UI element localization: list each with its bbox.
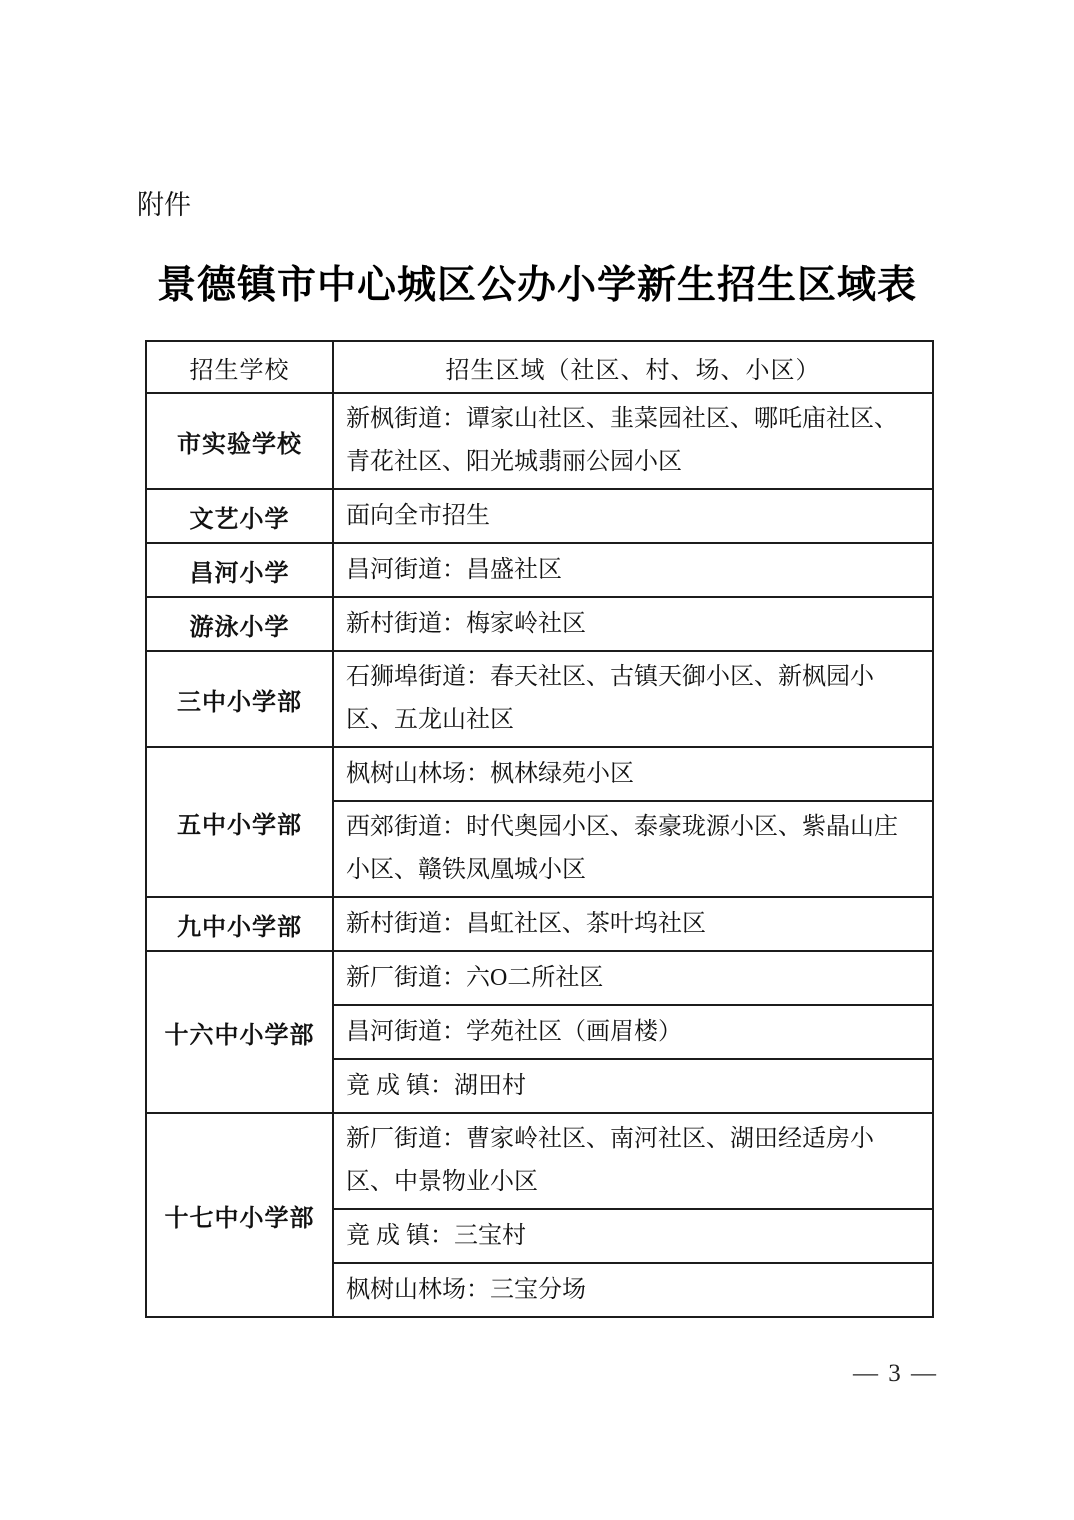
table-row: 五中小学部 枫树山林场：枫林绿苑小区 <box>146 747 933 801</box>
enrollment-area-table: 招生学校 招生区域（社区、村、场、小区） 市实验学校 新枫街道：谭家山社区、韭菜… <box>145 340 934 1318</box>
school-cell: 市实验学校 <box>146 393 333 489</box>
area-cell: 枫树山林场：三宝分场 <box>333 1263 933 1317</box>
area-cell: 新厂街道：曹家岭社区、南河社区、湖田经适房小区、中景物业小区 <box>333 1113 933 1209</box>
school-cell: 文艺小学 <box>146 489 333 543</box>
area-cell: 新枫街道：谭家山社区、韭菜园社区、哪吒庙社区、青花社区、阳光城翡丽公园小区 <box>333 393 933 489</box>
school-cell: 五中小学部 <box>146 747 333 897</box>
area-cell: 昌河街道：昌盛社区 <box>333 543 933 597</box>
area-cell: 新厂街道：六O二所社区 <box>333 951 933 1005</box>
area-cell: 西郊街道：时代奥园小区、泰豪珑源小区、紫晶山庄小区、赣铁凤凰城小区 <box>333 801 933 897</box>
area-cell: 新村街道：梅家岭社区 <box>333 597 933 651</box>
table-row: 十七中小学部 新厂街道：曹家岭社区、南河社区、湖田经适房小区、中景物业小区 <box>146 1113 933 1209</box>
school-cell: 十六中小学部 <box>146 951 333 1113</box>
header-school-column: 招生学校 <box>146 341 333 393</box>
area-cell: 石狮埠街道：春天社区、古镇天御小区、新枫园小区、五龙山社区 <box>333 651 933 747</box>
header-area-column: 招生区域（社区、村、场、小区） <box>333 341 933 393</box>
table-row: 游泳小学 新村街道：梅家岭社区 <box>146 597 933 651</box>
table-row: 市实验学校 新枫街道：谭家山社区、韭菜园社区、哪吒庙社区、青花社区、阳光城翡丽公… <box>146 393 933 489</box>
table-row: 三中小学部 石狮埠街道：春天社区、古镇天御小区、新枫园小区、五龙山社区 <box>146 651 933 747</box>
table-row: 十六中小学部 新厂街道：六O二所社区 <box>146 951 933 1005</box>
area-cell: 新村街道：昌虹社区、茶叶坞社区 <box>333 897 933 951</box>
table-row: 昌河小学 昌河街道：昌盛社区 <box>146 543 933 597</box>
table-row: 九中小学部 新村街道：昌虹社区、茶叶坞社区 <box>146 897 933 951</box>
document-title: 景德镇市中心城区公办小学新生招生区域表 <box>0 254 1074 310</box>
school-cell: 昌河小学 <box>146 543 333 597</box>
area-cell: 昌河街道：学苑社区（画眉楼） <box>333 1005 933 1059</box>
area-cell: 枫树山林场：枫林绿苑小区 <box>333 747 933 801</box>
table-header-row: 招生学校 招生区域（社区、村、场、小区） <box>146 341 933 393</box>
school-cell: 游泳小学 <box>146 597 333 651</box>
school-cell: 九中小学部 <box>146 897 333 951</box>
document-page: { "page": { "attachment_label": "附件", "t… <box>0 0 1074 1520</box>
page-number: — 3 — <box>853 1360 938 1388</box>
table-row: 文艺小学 面向全市招生 <box>146 489 933 543</box>
attachment-label: 附件 <box>137 183 191 222</box>
school-cell: 十七中小学部 <box>146 1113 333 1317</box>
area-cell: 竟 成 镇：三宝村 <box>333 1209 933 1263</box>
area-cell: 面向全市招生 <box>333 489 933 543</box>
school-cell: 三中小学部 <box>146 651 333 747</box>
area-cell: 竟 成 镇：湖田村 <box>333 1059 933 1113</box>
